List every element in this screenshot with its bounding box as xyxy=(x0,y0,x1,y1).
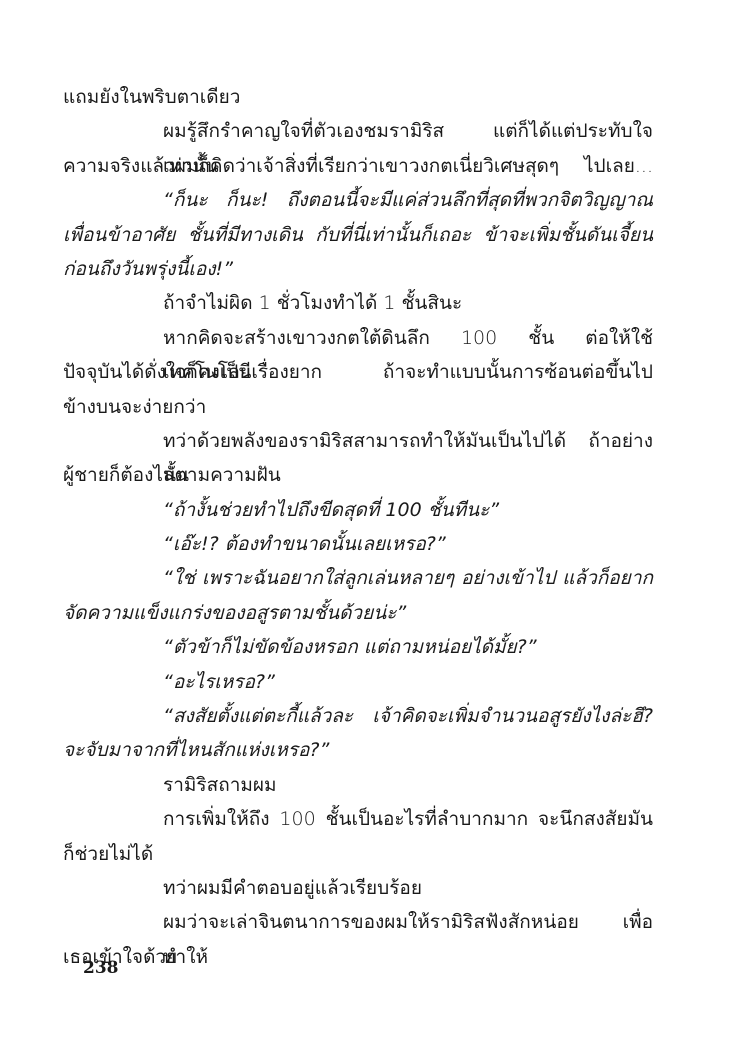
dialogue-line: จะจับมาจากที่ไหนสักแห่งเหรอ?” xyxy=(63,733,653,767)
text-line: ผมรู้สึกรำคาญใจที่ตัวเองชมรามิริส แต่ก็ไ… xyxy=(63,114,653,148)
text-line: ปัจจุบันได้ดั่งใจก็คงเป็นเรื่องยาก ถ้าจะ… xyxy=(63,355,653,389)
page-number: 238 xyxy=(83,958,119,978)
dialogue-line: “ตัวข้าก็ไม่ขัดข้องหรอก แต่ถามหน่อยได้มั… xyxy=(63,630,653,664)
page-body: แถมยังในพริบตาเดียว ผมรู้สึกรำคาญใจที่ตั… xyxy=(63,80,653,974)
text-line: รามิริสถามผม xyxy=(63,768,653,802)
dialogue-line: ก่อนถึงวันพรุ่งนี้เอง!” xyxy=(63,252,653,286)
dialogue-line: “สงสัยตั้งแต่ตะกี้แล้วละ เจ้าคิดจะเพิ่มจ… xyxy=(63,699,653,733)
dialogue-line: “ก็นะ ก็นะ! ถึงตอนนี้จะมีแค่ส่วนลึกที่สุ… xyxy=(63,183,653,217)
text-line: ก็ช่วยไม่ได้ xyxy=(63,837,653,871)
text-line: ผู้ชายก็ต้องไล่ตามความฝัน xyxy=(63,458,653,492)
dialogue-line: “อะไรเหรอ?” xyxy=(63,665,653,699)
text-line: ทว่าด้วยพลังของรามิริสสามารถทำให้มันเป็น… xyxy=(63,424,653,458)
text-line: ความจริงแล้วผมก็คิดว่าเจ้าสิ่งที่เรียกว่… xyxy=(63,149,653,183)
dialogue-line: เพื่อนข้าอาศัย ชั้นที่มีทางเดิน กับที่นี… xyxy=(63,218,653,252)
dialogue-line: “ใช่ เพราะฉันอยากใส่ลูกเล่นหลายๆ อย่างเข… xyxy=(63,561,653,595)
text-line: ข้างบนจะง่ายกว่า xyxy=(63,390,653,424)
dialogue-line: “เอ๊ะ!? ต้องทำขนาดนั้นเลยเหรอ?” xyxy=(63,527,653,561)
text-line: หากคิดจะสร้างเขาวงกตใต้ดินลึก 100 ชั้น ต… xyxy=(63,321,653,355)
text-line: เธอเข้าใจด้วย xyxy=(63,940,653,974)
text-line: แถมยังในพริบตาเดียว xyxy=(63,80,653,114)
text-line: การเพิ่มให้ถึง 100 ชั้นเป็นอะไรที่ลำบากม… xyxy=(63,802,653,836)
dialogue-line: “ถ้างั้นช่วยทำไปถึงขีดสุดที่ 100 ชั้นทีน… xyxy=(63,493,653,527)
text-line: ถ้าจำไม่ผิด 1 ชั่วโมงทำได้ 1 ชั้นสินะ xyxy=(63,286,653,320)
dialogue-line: จัดความแข็งแกร่งของอสูรตามชั้นด้วยน่ะ” xyxy=(63,596,653,630)
text-line: ทว่าผมมีคำตอบอยู่แล้วเรียบร้อย xyxy=(63,871,653,905)
text-line: ผมว่าจะเล่าจินตนาการของผมให้รามิริสฟังสั… xyxy=(63,905,653,939)
